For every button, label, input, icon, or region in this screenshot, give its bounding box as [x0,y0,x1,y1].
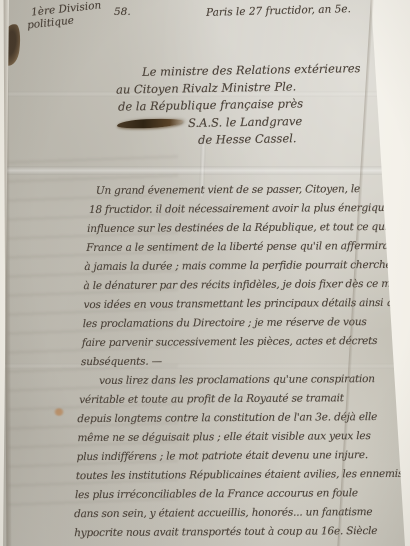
body-line: Un grand évenement vient de se passer, C… [69,180,401,201]
ink-scribble [117,118,183,130]
manuscript-page: 1ère Division politique 58. Paris le 27 … [0,0,410,546]
photo-frame: 1ère Division politique 58. Paris le 27 … [0,0,410,546]
fold-crease [0,166,410,175]
address-line: au Citoyen Rivalz Ministre Ple. [116,79,297,96]
body-line: dans son sein, y étaient accueillis, hon… [71,503,403,524]
folio-number: 58. [114,6,131,18]
body-line: subséquents. — [70,351,402,372]
body-line: plus indifférens ; le mot patriote était… [71,446,403,467]
body-line: hypocrite nous avait transportés tout à … [71,522,403,543]
body-line: les plus irréconciliables de la France a… [71,484,403,505]
body-line: véritable et toute au profit de la Royau… [70,389,402,410]
body-line: 18 fructidor. il doit nécessairement avo… [69,199,401,220]
letter-body: Un grand évenement vient de se passer, C… [69,180,404,543]
address-line: de Hesse Cassel. [198,131,297,147]
body-line: depuis longtems contre la constitution d… [70,408,402,429]
address-line: Le ministre des Relations extérieures [142,61,361,79]
address-line: S.A.S. le Landgrave [188,114,303,130]
foxing-spot [54,408,64,416]
body-line: même ne se déguisait plus ; elle était v… [70,427,402,448]
body-line: à le dénaturer par des récits infidèles,… [69,275,401,296]
body-line: à jamais la durée ; mais comme la perfid… [69,256,401,277]
body-line: vous lirez dans les proclamations qu'une… [70,370,402,391]
dateline: Paris le 27 fructidor, an 5e. [206,3,351,19]
body-line: toutes les institutions Républicaines ét… [71,465,403,486]
body-line: France a le sentiment de la liberté pens… [69,237,401,258]
address-line: de la République française près [118,96,303,113]
body-line: influence sur les destinées de la Républ… [69,218,401,239]
